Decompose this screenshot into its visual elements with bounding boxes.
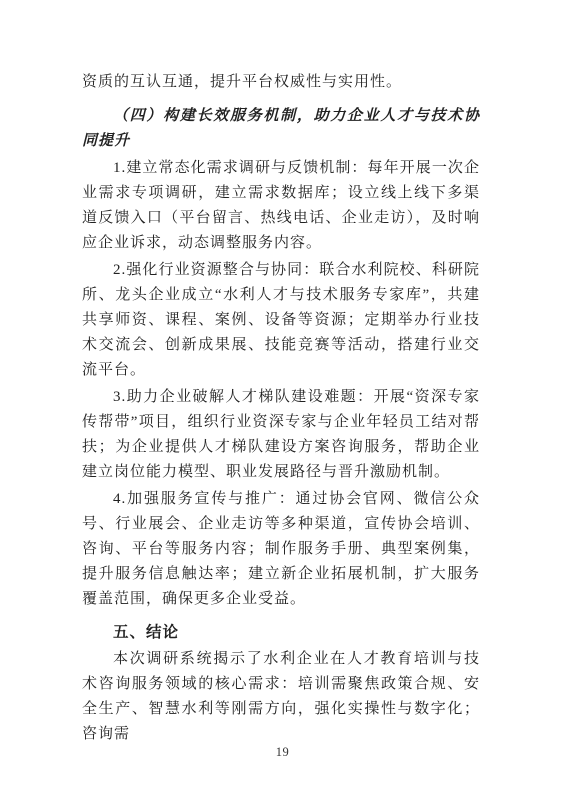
numbered-paragraph-1: 1.建立常态化需求调研与反馈机制：每年开展一次企业需求专项调研，建立需求数据库；…: [82, 156, 480, 256]
numbered-paragraph-3: 3.助力企业破解人才梯队建设难题：开展“资深专家传帮带”项目，组织行业资深专家与…: [82, 385, 480, 485]
section-heading-level2: （四）构建长效服务机制，助力企业人才与技术协同提升: [82, 104, 480, 154]
numbered-paragraph-2: 2.强化行业资源整合与协同：联合水利院校、科研院所、龙头企业成立“水利人才与技术…: [82, 258, 480, 383]
numbered-paragraph-4: 4.加强服务宣传与推广：通过协会官网、微信公众号、行业展会、企业走访等多种渠道，…: [82, 487, 480, 612]
document-page: 资质的互认互通，提升平台权威性与实用性。 （四）构建长效服务机制，助力企业人才与…: [0, 0, 565, 799]
section-heading-level1: 五、结论: [82, 620, 480, 645]
conclusion-paragraph: 本次调研系统揭示了水利企业在人才教育培训与技术咨询服务领域的核心需求：培训需聚焦…: [82, 647, 480, 747]
page-number: 19: [0, 745, 565, 760]
paragraph-continuation: 资质的互认互通，提升平台权威性与实用性。: [82, 70, 480, 95]
document-body: 资质的互认互通，提升平台权威性与实用性。 （四）构建长效服务机制，助力企业人才与…: [82, 70, 480, 747]
